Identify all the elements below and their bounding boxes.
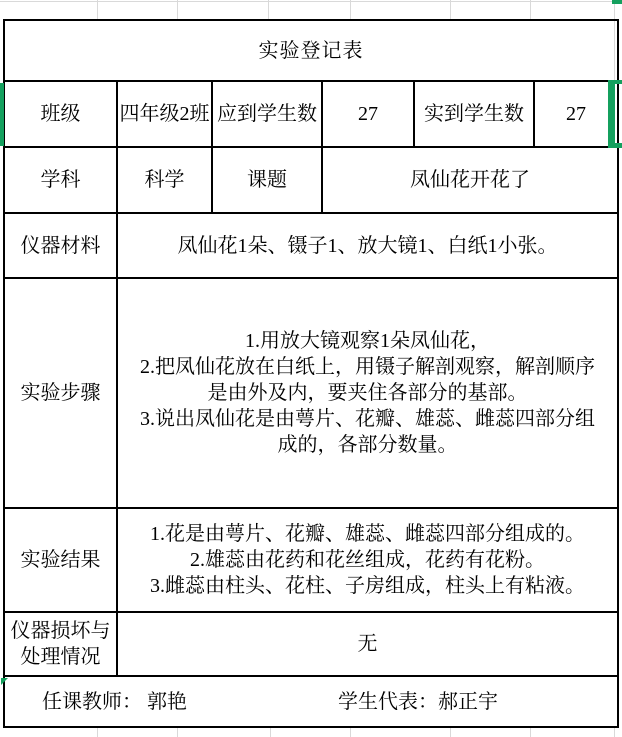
gridline (177, 727, 178, 737)
step-line: 3.说出凤仙花是由萼片、花瓣、雄蕊、雌蕊四部分组 (118, 406, 617, 432)
materials-value-cell[interactable]: 凤仙花1朵、镊子1、放大镜1、白纸1小张。 (117, 213, 618, 278)
step-line: 1.用放大镜观察1朵凤仙花， (118, 328, 617, 354)
steps-row: 实验步骤 1.用放大镜观察1朵凤仙花， 2.把凤仙花放在白纸上，用镊子解剖观察，… (4, 278, 618, 508)
form-title-cell[interactable]: 实验登记表 (4, 20, 618, 81)
result-line: 3.雌蕊由柱头、花柱、子房组成，柱头上有粘液。 (118, 573, 617, 599)
results-row: 实验结果 1.花是由萼片、花瓣、雄蕊、雌蕊四部分组成的。 2.雄蕊由花药和花丝组… (4, 508, 618, 612)
expected-students-value-cell[interactable]: 27 (322, 81, 414, 147)
gridline (450, 0, 451, 19)
step-line: 是由外及内，要夹住各部分的基部。 (118, 380, 617, 406)
steps-value-cell[interactable]: 1.用放大镜观察1朵凤仙花， 2.把凤仙花放在白纸上，用镊子解剖观察，解剖顺序 … (117, 278, 618, 508)
result-line: 2.雄蕊由花药和花丝组成，花药有花粉。 (118, 547, 617, 573)
gridline (97, 0, 98, 19)
damage-row: 仪器损坏与处理情况 无 (4, 612, 618, 676)
gridline (177, 0, 178, 19)
materials-label-cell[interactable]: 仪器材料 (4, 213, 117, 278)
gridline (614, 727, 615, 737)
gridline (0, 1, 622, 2)
materials-row: 仪器材料 凤仙花1朵、镊子1、放大镜1、白纸1小张。 (4, 213, 618, 278)
actual-students-value-cell[interactable]: 27 (534, 81, 618, 147)
step-line: 2.把凤仙花放在白纸上，用镊子解剖观察，解剖顺序 (118, 354, 617, 380)
student-signature: 学生代表：郝正宇 (338, 689, 498, 715)
selection-border-top-right (612, 0, 622, 4)
experiment-form-table: 实验登记表 班级 四年级2班 应到学生数 27 实到学生数 27 学科 科学 课… (3, 19, 619, 728)
selection-border-left (0, 83, 4, 146)
class-value-cell[interactable]: 四年级2班 (117, 81, 212, 147)
gridline (530, 0, 531, 19)
signature-row: 任课教师： 郭艳 学生代表：郝正宇 (4, 676, 618, 727)
subject-value-cell[interactable]: 科学 (117, 147, 212, 213)
selection-border-right (608, 80, 622, 148)
class-info-row: 班级 四年级2班 应到学生数 27 实到学生数 27 (4, 81, 618, 147)
gridline (350, 0, 351, 19)
gridline (97, 727, 98, 737)
topic-label-cell[interactable]: 课题 (212, 147, 322, 213)
damage-label-cell[interactable]: 仪器损坏与处理情况 (4, 612, 117, 676)
gridline (268, 0, 269, 19)
gridline (450, 727, 451, 737)
actual-students-label-cell[interactable]: 实到学生数 (414, 81, 534, 147)
results-label-cell[interactable]: 实验结果 (4, 508, 117, 612)
spreadsheet-view: 实验登记表 班级 四年级2班 应到学生数 27 实到学生数 27 学科 科学 课… (0, 0, 622, 737)
results-value-cell[interactable]: 1.花是由萼片、花瓣、雄蕊、雌蕊四部分组成的。 2.雄蕊由花药和花丝组成，花药有… (117, 508, 618, 612)
damage-value-cell[interactable]: 无 (117, 612, 618, 676)
subject-label-cell[interactable]: 学科 (4, 147, 117, 213)
subject-row: 学科 科学 课题 凤仙花开花了 (4, 147, 618, 213)
cell-error-indicator-triangle (1, 678, 8, 685)
topic-value-cell[interactable]: 凤仙花开花了 (322, 147, 618, 213)
class-label-cell[interactable]: 班级 (4, 81, 117, 147)
expected-students-label-cell[interactable]: 应到学生数 (212, 81, 322, 147)
title-row: 实验登记表 (4, 20, 618, 81)
result-line: 1.花是由萼片、花瓣、雄蕊、雌蕊四部分组成的。 (118, 521, 617, 547)
steps-label-cell[interactable]: 实验步骤 (4, 278, 117, 508)
signature-cell[interactable]: 任课教师： 郭艳 学生代表：郝正宇 (4, 676, 618, 727)
gridline (530, 727, 531, 737)
step-line: 成的，各部分数量。 (118, 432, 617, 458)
gridline (270, 727, 271, 737)
teacher-signature: 任课教师： 郭艳 (42, 689, 187, 715)
gridline (350, 727, 351, 737)
